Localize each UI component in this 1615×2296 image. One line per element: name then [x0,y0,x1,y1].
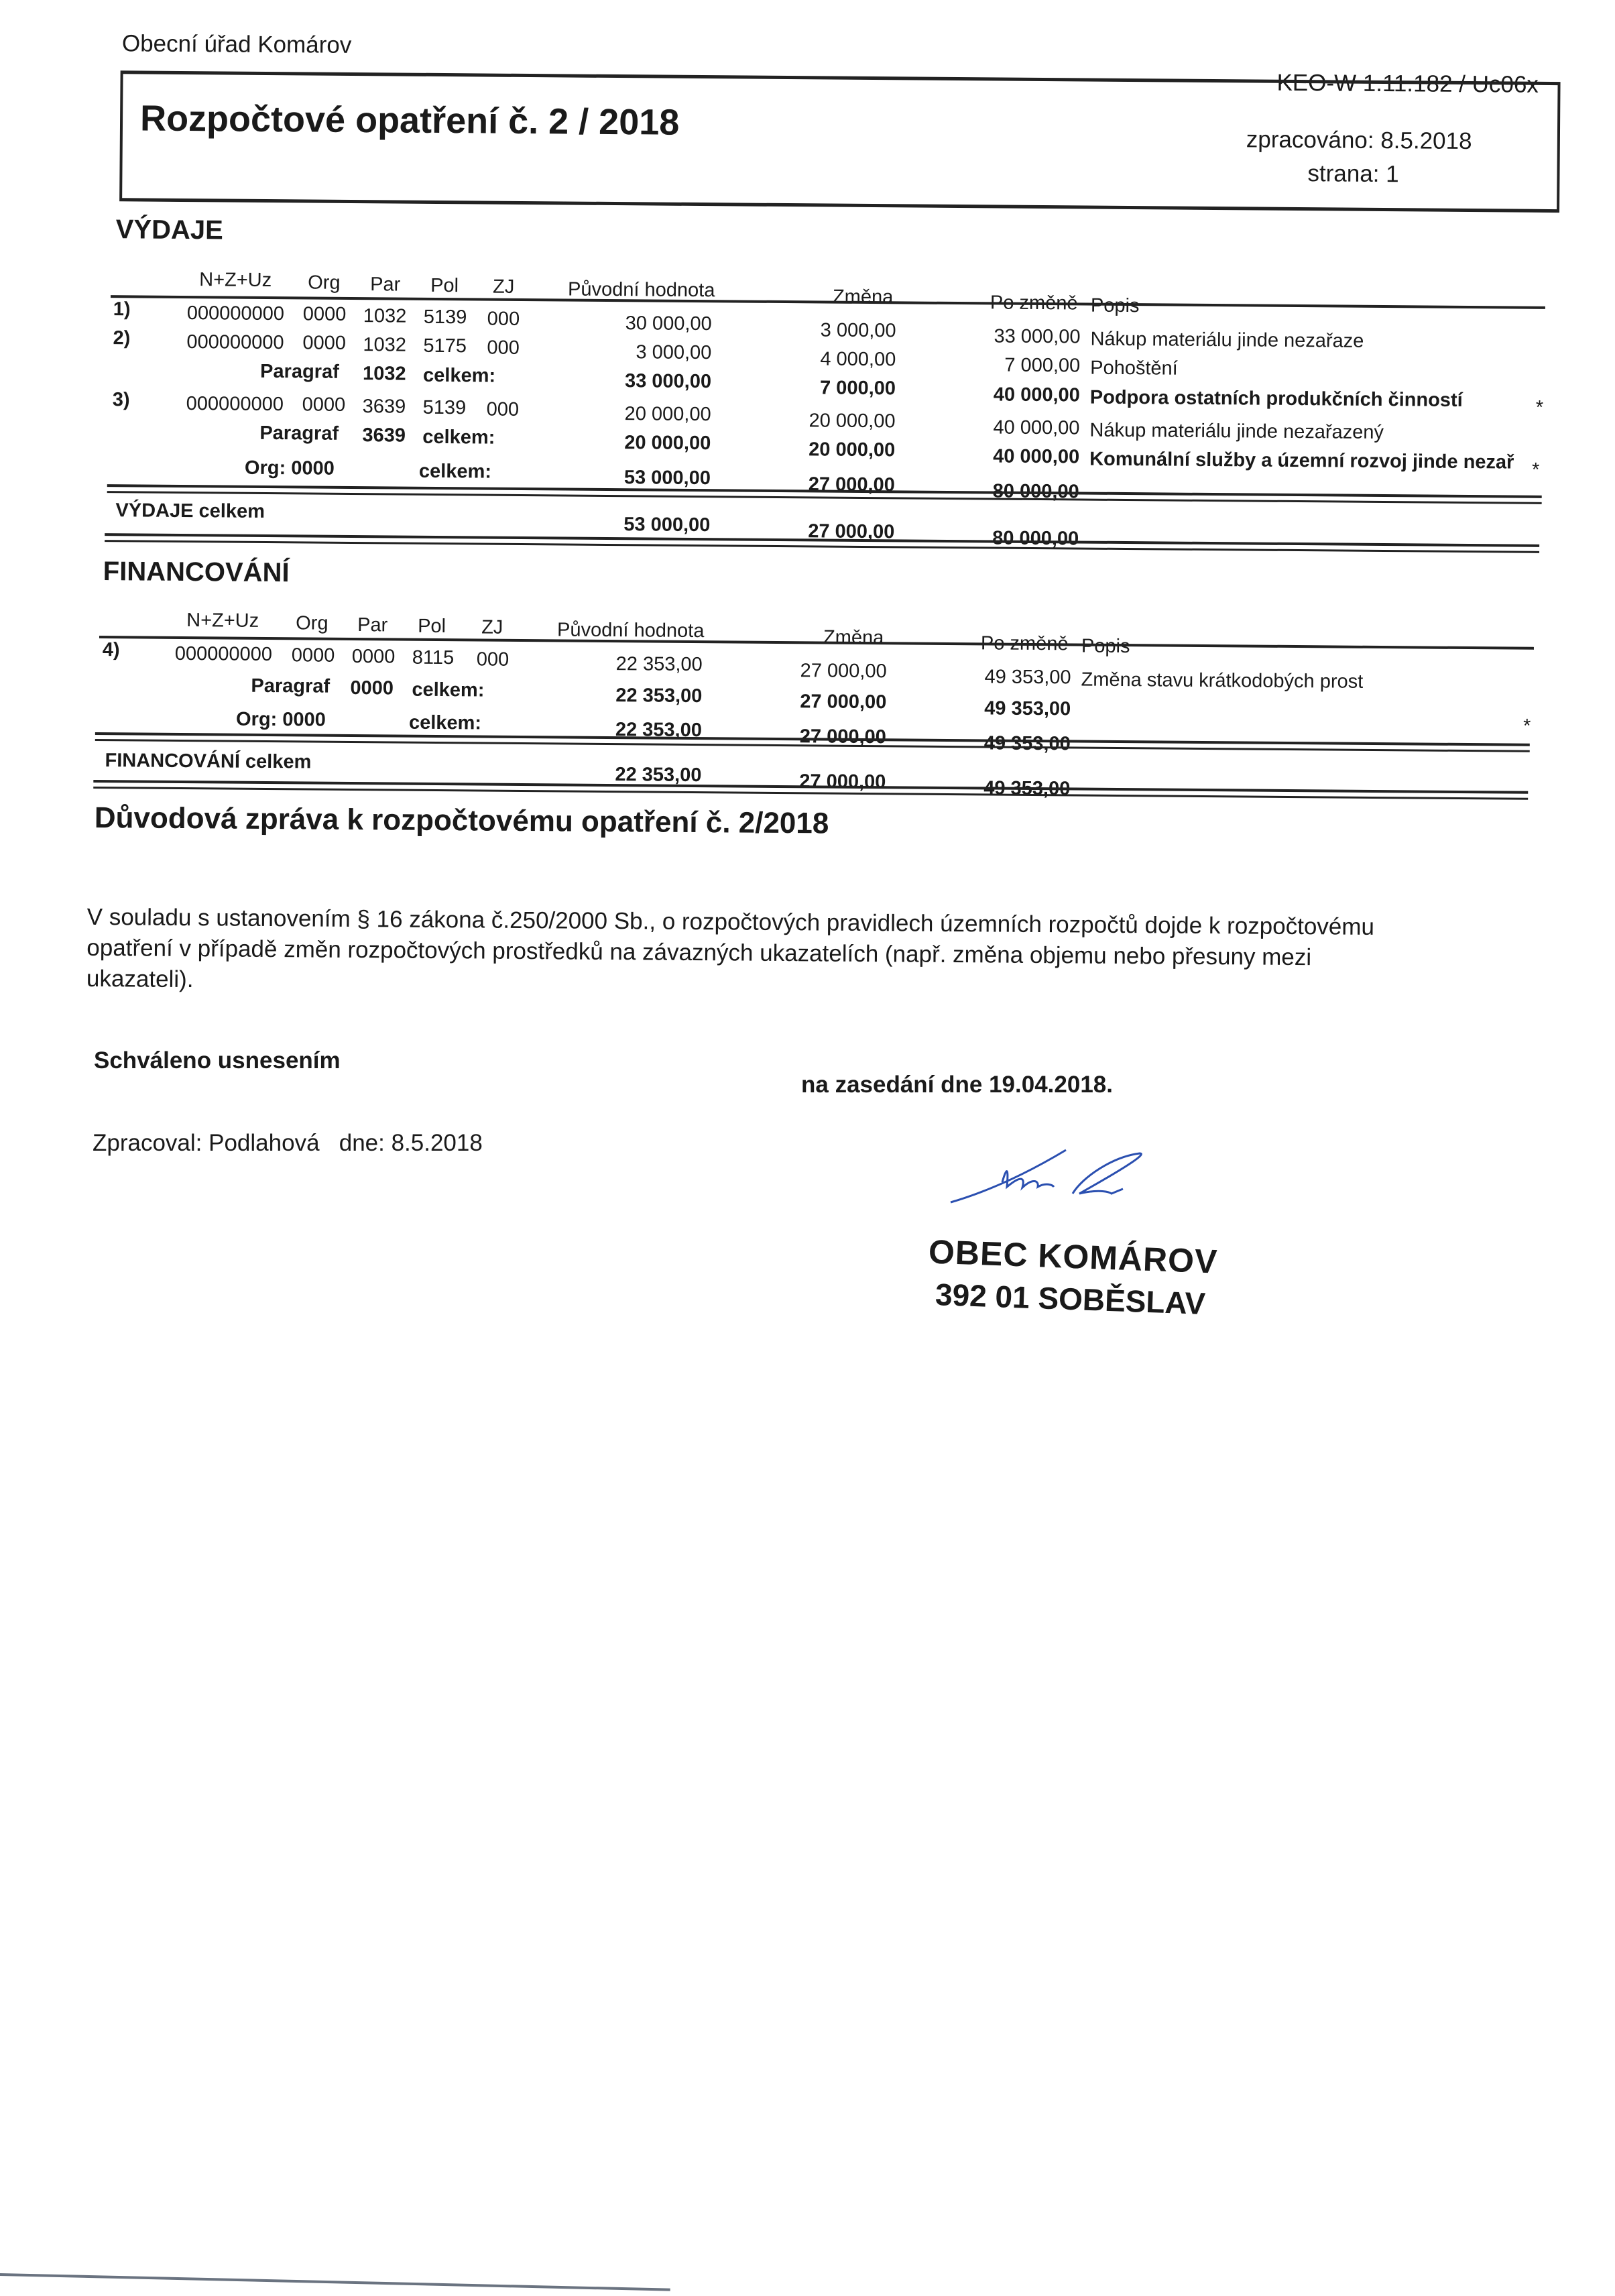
processed-date: zpracováno: 8.5.2018 [1246,126,1472,155]
approved-label: Schváleno usnesením [94,1047,341,1074]
subtotal-code: 1032 [363,363,406,386]
row-number: 1) [113,298,131,321]
cell-zj: 000 [487,399,520,421]
cell-par: 1032 [363,334,406,357]
col-change: Změna [833,286,894,309]
cell-change: 20 000,00 [741,439,895,462]
cell-original: 53 000,00 [556,466,711,490]
cell-desc: Podpora ostatních produkčních činností [1090,387,1463,412]
col-pol: Pol [430,275,459,297]
cell-pol: 8115 [412,647,455,669]
cell-nzuz: 000000000 [175,643,272,666]
cell-pol: 5175 [423,335,467,358]
cell-pol: 5139 [424,306,467,329]
document-title: Rozpočtové opatření č. 2 / 2018 [140,97,680,143]
table-row: 3) 000000000 0000 3639 5139 000 20 000,0… [0,0,1615,12]
expenses-column-headers: N+Z+Uz Org Par Pol ZJ Původní hodnota Zm… [0,0,1615,12]
cell-par: 0000 [352,646,396,669]
col-pol: Pol [418,616,446,638]
signature [939,1123,1207,1224]
page-number: strana: 1 [1307,160,1399,188]
paragraph-subtotal-row: Paragraf 1032 celkem: 33 000,00 7 000,00… [0,0,1615,12]
cell-change: 27 000,00 [733,659,887,683]
col-zj: ZJ [493,276,514,298]
stamp-name: OBEC KOMÁROV [928,1232,1218,1281]
subtotal-code: 3639 [362,424,406,447]
cell-original: 20 000,00 [556,431,711,455]
paragraph-subtotal-row: Paragraf 3639 celkem: 20 000,00 20 000,0… [0,0,1615,12]
cell-desc: Nákup materiálu jinde nezařazený [1089,420,1384,444]
row-number: 4) [103,639,120,661]
cell-change: 27 000,00 [731,770,886,793]
financing-heading: FINANCOVÁNÍ [103,557,290,588]
cell-original: 3 000,00 [557,341,711,364]
cell-original: 33 000,00 [557,369,711,393]
subtotal-label: Paragraf [260,361,339,384]
financing-grand-total-row: FINANCOVÁNÍ celkem 22 353,00 27 000,00 4… [0,0,1615,12]
subtotal-label: Paragraf [251,675,330,698]
org-total-row: Org: 0000 celkem: 53 000,00 27 000,00 80… [0,0,1615,12]
org-total-label: Org: 0000 [236,709,326,732]
cell-after: 40 000,00 [926,384,1080,407]
cell-par: 3639 [363,396,406,418]
cell-nzuz: 000000000 [187,302,284,325]
cell-desc: Změna stavu krátkodobých prost [1081,669,1363,693]
grand-total-label: FINANCOVÁNÍ celkem [105,750,311,773]
asterisk-mark: * [1536,397,1544,419]
cell-zj: 000 [487,308,520,331]
organization-name: Obecní úřad Komárov [122,30,352,59]
cell-after: 7 000,00 [926,354,1080,378]
cell-zj: 000 [487,337,520,359]
meeting-date: na zasedání dne 19.04.2018. [801,1072,1113,1098]
stamp-address: 392 01 SOBĚSLAV [935,1276,1206,1322]
col-desc: Popis [1091,295,1140,318]
cell-original: 30 000,00 [558,312,712,335]
org-total-suffix: celkem: [409,712,481,735]
scanned-content: Obecní úřad Komárov KEO-W 1.11.182 / Uc0… [0,0,1615,1018]
subtotal-suffix: celkem: [423,365,495,388]
justification-heading: Důvodová zpráva k rozpočtovému opatření … [95,801,829,841]
cell-original: 53 000,00 [556,513,710,536]
asterisk-mark: * [1523,715,1531,738]
paragraph-subtotal-row: Paragraf 0000 celkem: 22 353,00 27 000,0… [0,0,1615,12]
cell-desc: Nákup materiálu jinde nezařaze [1090,329,1364,353]
cell-desc: Pohoštění [1090,357,1178,380]
cell-org: 0000 [302,332,346,355]
col-org: Org [308,272,341,294]
expenses-heading: VÝDAJE [116,215,223,245]
col-desc: Popis [1081,636,1130,658]
cell-after: 49 353,00 [916,732,1071,756]
col-nzuz: N+Z+Uz [186,610,259,632]
expenses-grand-total-row: VÝDAJE celkem 53 000,00 27 000,00 80 000… [0,0,1615,12]
cell-change: 20 000,00 [741,410,895,433]
row-number: 2) [113,327,130,349]
cell-zj: 000 [477,648,510,671]
document-page: Obecní úřad Komárov KEO-W 1.11.182 / Uc0… [0,0,1615,2296]
cell-change: 27 000,00 [732,690,886,713]
row-number: 3) [113,389,130,411]
col-zj: ZJ [481,616,503,638]
cell-after: 40 000,00 [925,445,1079,469]
col-change: Změna [823,626,884,649]
cell-nzuz: 000000000 [186,393,284,416]
cell-after: 49 353,00 [916,666,1071,689]
financing-column-headers: N+Z+Uz Org Par Pol ZJ Původní hodnota Zm… [0,0,1615,12]
cell-nzuz: 000000000 [186,331,284,354]
cell-par: 1032 [363,305,407,328]
grand-total-label: VÝDAJE celkem [115,500,265,523]
prepared-by: Zpracoval: Podlahová dne: 8.5.2018 [93,1130,483,1157]
subtotal-label: Paragraf [259,422,339,445]
org-total-row: Org: 0000 celkem: 22 353,00 27 000,00 49… [0,0,1615,12]
cell-org: 0000 [303,303,347,326]
subtotal-suffix: celkem: [412,679,484,702]
cell-original: 20 000,00 [557,402,711,426]
cell-original: 22 353,00 [548,652,703,676]
cell-org: 0000 [292,644,335,667]
col-nzuz: N+Z+Uz [199,269,272,292]
cell-org: 0000 [302,394,346,416]
table-row: 2) 000000000 0000 1032 5175 000 3 000,00… [0,0,1615,12]
asterisk-mark: * [1532,459,1540,481]
org-total-label: Org: 0000 [245,457,335,480]
cell-after: 40 000,00 [925,416,1079,440]
org-total-suffix: celkem: [419,461,491,483]
subtotal-suffix: celkem: [422,426,495,449]
cell-change: 4 000,00 [741,348,896,371]
subtotal-code: 0000 [350,677,394,700]
col-par: Par [370,274,400,296]
table-row: 4) 000000000 0000 0000 8115 000 22 353,0… [0,0,1615,12]
cell-change: 3 000,00 [742,319,896,343]
cell-change: 7 000,00 [741,377,896,400]
cell-change: 27 000,00 [741,473,895,497]
cell-original: 22 353,00 [548,684,702,707]
table-row: 1) 000000000 0000 1032 5139 000 30 000,0… [0,0,1615,12]
col-par: Par [357,614,387,636]
col-org: Org [296,612,328,634]
cell-desc: Komunální služby a územní rozvoj jinde n… [1089,449,1514,474]
cell-after: 33 000,00 [926,325,1080,349]
cell-pol: 5139 [423,397,467,420]
scan-edge-line [0,2273,670,2291]
cell-after: 49 353,00 [916,697,1071,721]
